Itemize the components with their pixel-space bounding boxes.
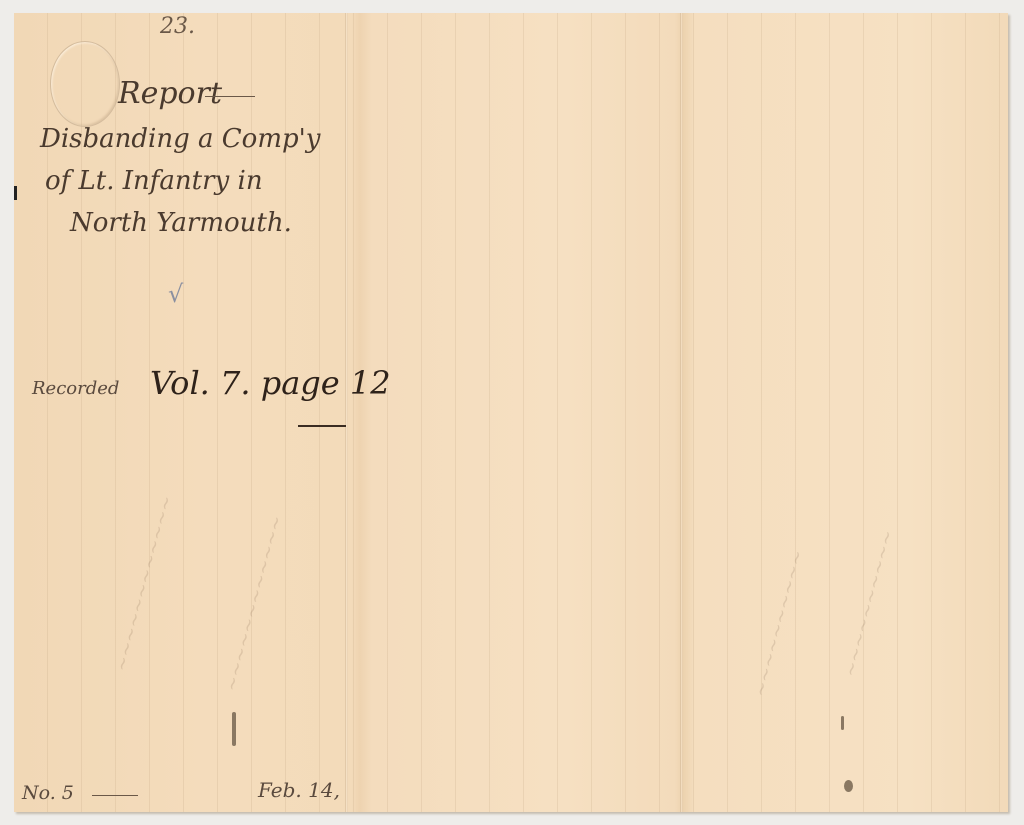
subject-line-2: of Lt. Infantry in — [45, 166, 263, 196]
item-number-dash — [92, 795, 138, 796]
check-mark-icon: √ — [168, 280, 183, 308]
title-flourish — [205, 96, 255, 97]
docket-date: Feb. 14, — [258, 778, 340, 802]
recorded-reference: Vol. 7. page 12 — [150, 364, 391, 402]
item-number: No. 5 — [22, 782, 74, 804]
fold-line-right — [680, 13, 683, 812]
edge-mark — [14, 186, 17, 200]
embossed-seal-icon — [50, 41, 120, 127]
ink-mark — [232, 712, 236, 746]
docket-title: Report — [118, 76, 222, 111]
recorded-flourish — [298, 425, 346, 427]
recorded-label: Recorded — [32, 378, 119, 399]
docket-number: 23. — [160, 14, 195, 39]
fold-line-left — [345, 13, 348, 812]
subject-line-3: North Yarmouth. — [70, 208, 292, 238]
ink-mark — [841, 716, 844, 730]
ink-blot — [844, 780, 853, 792]
subject-line-1: Disbanding a Comp'y — [40, 124, 320, 154]
